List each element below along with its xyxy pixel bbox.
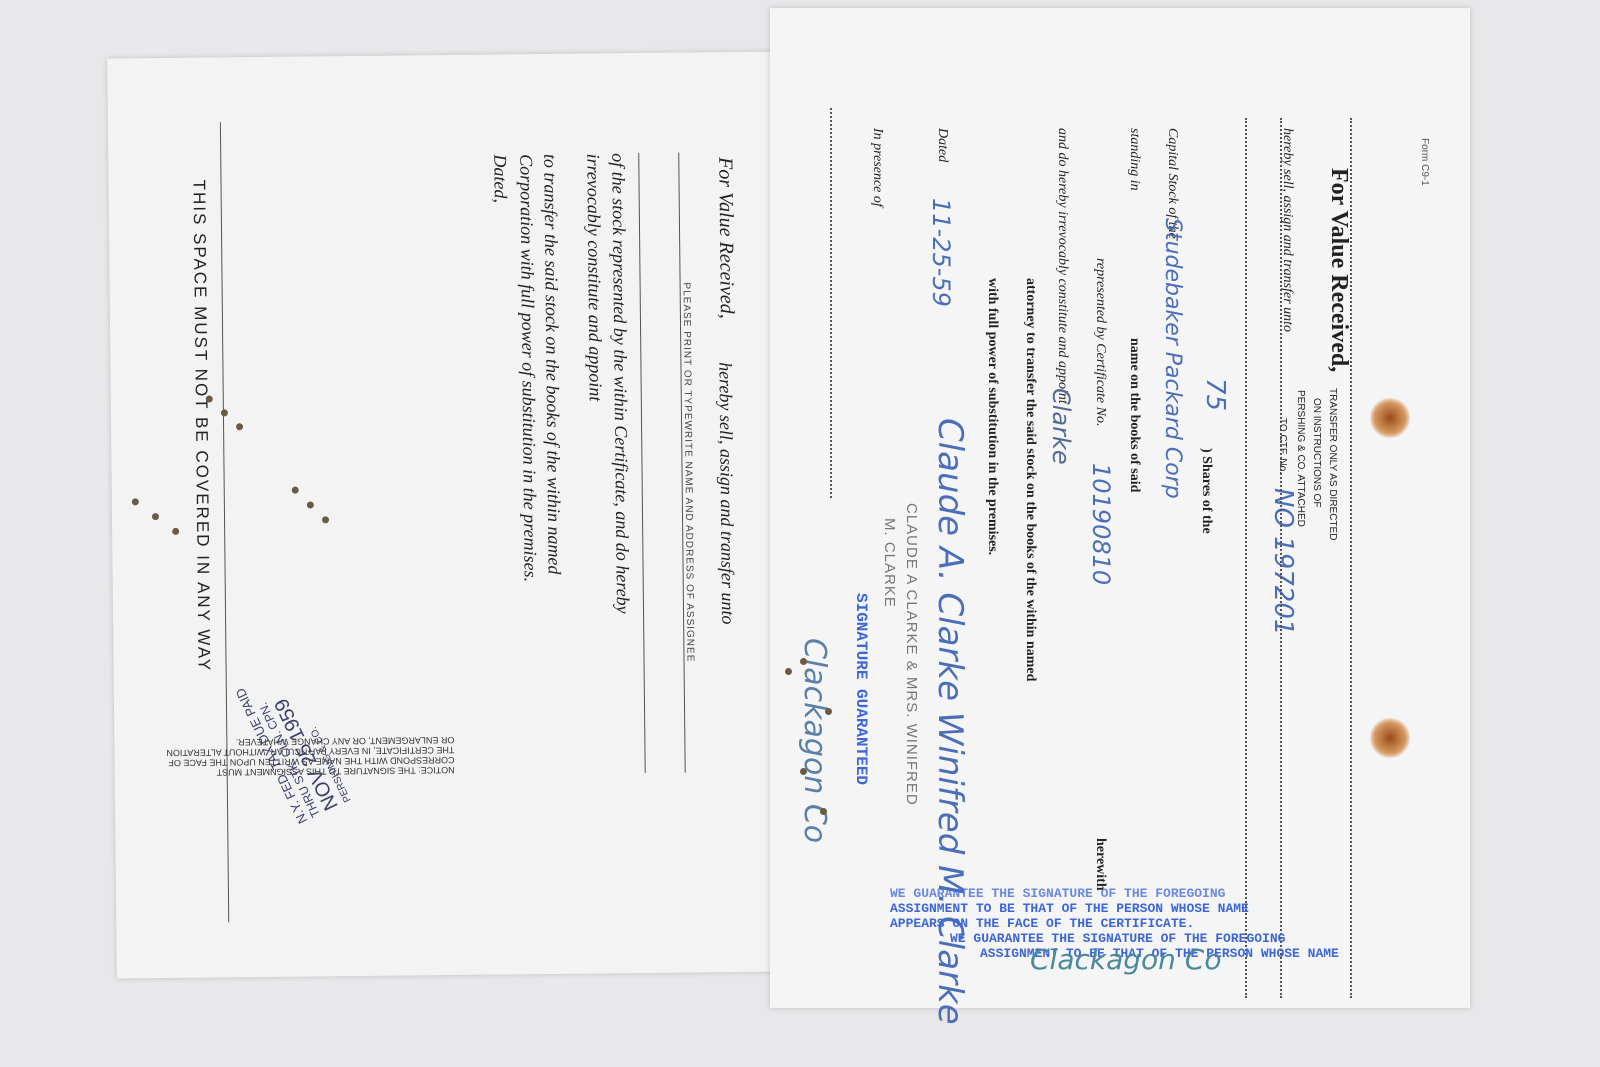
shares-label: ) Shares of the bbox=[1198, 448, 1214, 534]
company-name: Studebaker Packard Corp bbox=[1160, 218, 1185, 499]
substitution-line: with full power of substitution in the p… bbox=[984, 278, 1000, 555]
dotted-line-1 bbox=[1350, 118, 1352, 998]
left-irrevocably: irrevocably constitute and appoint bbox=[582, 153, 606, 401]
right-certificate-back: Form C9-1 For Value Received, hereby sel… bbox=[770, 8, 1470, 1008]
constitute-line: and do hereby irrevocably constitute and… bbox=[1054, 128, 1070, 404]
presence-label: In presence of bbox=[869, 128, 885, 207]
dated-label: Dated bbox=[934, 128, 950, 162]
ctf-number: NO 197201 bbox=[1268, 488, 1298, 635]
left-dated: Dated, bbox=[489, 154, 511, 203]
presence-line bbox=[830, 108, 832, 498]
attorney-line: attorney to transfer the said stock on t… bbox=[1022, 278, 1038, 681]
left-sell-line: hereby sell, assign and transfer unto bbox=[714, 362, 738, 625]
standing-in: standing in bbox=[1126, 128, 1142, 191]
attorney-name: Clarke bbox=[1047, 388, 1075, 465]
herewith: herewith bbox=[1092, 838, 1108, 891]
transfer-note-1: TRANSFER ONLY AS DIRECTED bbox=[1327, 388, 1338, 540]
assignee-line-2 bbox=[638, 153, 645, 773]
warning-border-line bbox=[220, 122, 229, 922]
certificate-number: 10190810 bbox=[1087, 463, 1115, 585]
left-heading: For Value Received, bbox=[713, 157, 738, 319]
left-certificate-back: THIS SPACE MUST NOT BE COVERED IN ANY WA… bbox=[107, 51, 797, 978]
left-corporation-line: Corporation with full power of substitut… bbox=[515, 154, 540, 582]
stamp-line-3: APPEARS ON THE FACE OF THE CERTIFICATE. bbox=[890, 916, 1450, 931]
shares-count: 75 bbox=[1200, 378, 1230, 411]
right-heading: For Value Received, bbox=[1325, 168, 1352, 372]
represented-by: represented by Certificate No. bbox=[1092, 258, 1108, 426]
signature-guaranteed-stamp: SIGNATURE GUARANTEED bbox=[852, 593, 870, 785]
name-on-books: name on the books of said bbox=[1126, 338, 1142, 492]
printed-name-2: M. CLARKE bbox=[881, 518, 898, 608]
transfer-note-4: TO CTF. No. bbox=[1277, 418, 1288, 474]
dated-value: 11-25-59 bbox=[927, 198, 955, 307]
printed-name-1: CLAUDE A CLARKE & MRS. WINIFRED bbox=[903, 503, 920, 806]
left-stock-line: of the stock represented by the within C… bbox=[607, 153, 633, 614]
left-transfer-line: to transfer the said stock on the books … bbox=[539, 154, 564, 575]
dotted-line-2 bbox=[1280, 118, 1282, 998]
form-number: Form C9-1 bbox=[1419, 138, 1430, 186]
guarantee-stamp-block: WE GUARANTEE THE SIGNATURE OF THE FOREGO… bbox=[890, 886, 1450, 976]
stamp-line-2: ASSIGNMENT TO BE THAT OF THE PERSON WHOS… bbox=[890, 901, 1450, 916]
rust-stain bbox=[1370, 718, 1410, 758]
transfer-note-2: ON INSTRUCTIONS OF bbox=[1311, 398, 1322, 507]
warning-text: THIS SPACE MUST NOT BE COVERED IN ANY WA… bbox=[188, 180, 213, 673]
dotted-line-3 bbox=[1245, 118, 1247, 998]
tax-paid-stamp: N.Y. FED. TAX DUE PAID THRU STK. CLN. CP… bbox=[219, 586, 459, 826]
rust-stain bbox=[1370, 398, 1410, 438]
stamp-line-1: WE GUARANTEE THE SIGNATURE OF THE FOREGO… bbox=[890, 886, 1450, 901]
